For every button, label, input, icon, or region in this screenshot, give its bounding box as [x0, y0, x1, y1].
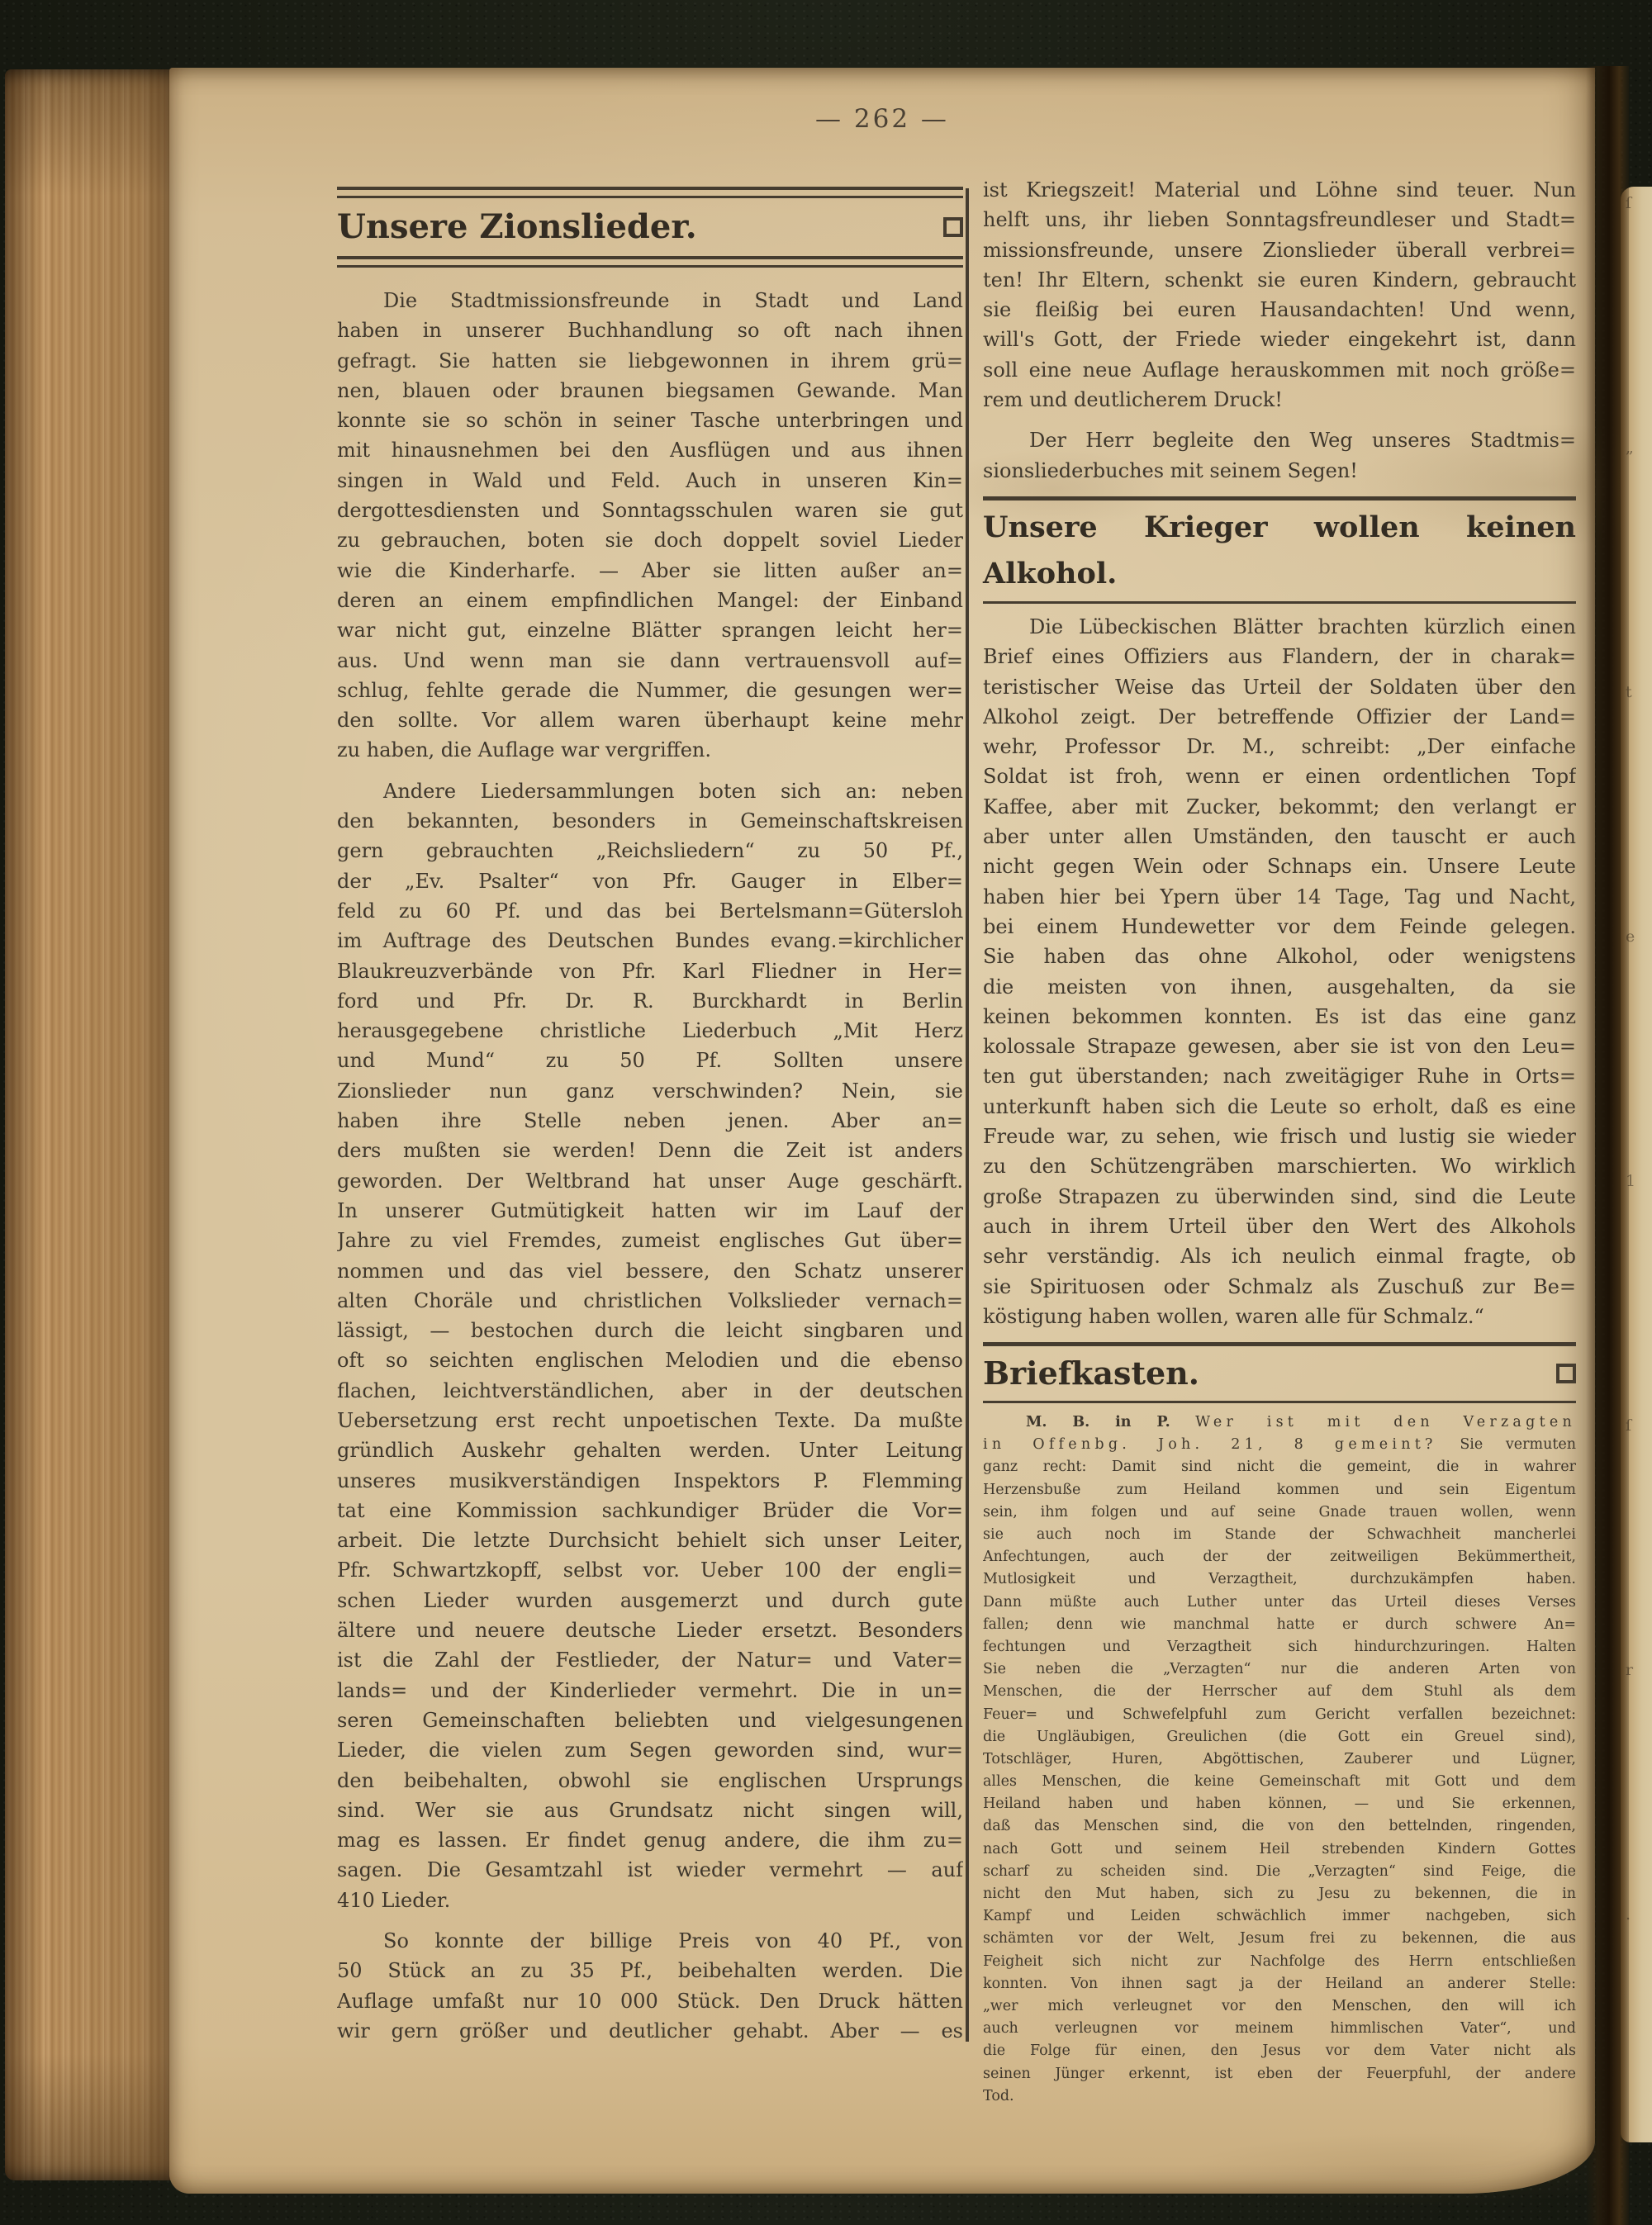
- text-line: die meisten von ihnen, ausgehalten, da s…: [983, 972, 1576, 1002]
- heading-rule: [337, 265, 963, 268]
- section-end-square-icon: [943, 217, 963, 237]
- text-line: gern gebrauchten „Reichsliedern“ zu 50 P…: [337, 836, 963, 866]
- text-line: oft so seichten englischen Melodien und …: [337, 1345, 963, 1375]
- right-column: ist Kriegszeit! Material und Löhne sind …: [983, 175, 1576, 2118]
- text-line: sagen. Die Gesamtzahl ist wieder vermehr…: [337, 1855, 963, 1885]
- text-line: Die Stadtmissionsfreunde in Stadt und La…: [337, 286, 963, 315]
- text-line: schämten vor der Welt, Jesum frei zu bek…: [983, 1928, 1576, 1950]
- article-title: Unsere Krieger wollen keinen Alkohol.: [983, 505, 1576, 597]
- book-scan-photo: — 262 — Unsere Zionslieder. Die Stadtmis…: [0, 0, 1652, 2225]
- paragraph: So konnte der billige Preis von 40 Pf., …: [337, 1926, 963, 2046]
- text-line: sehr verständig. Als ich neulich einmal …: [983, 1241, 1576, 1271]
- text-line: sie auch noch im Stande der Schwachheit …: [983, 1524, 1576, 1546]
- text-line: „wer mich verleugnet vor den Menschen, d…: [983, 1995, 1576, 2018]
- book-gutter-shadow: [1586, 66, 1629, 2225]
- left-column: Unsere Zionslieder. Die Stadtmissionsfre…: [337, 187, 963, 2057]
- text-line: Pfr. Schwartzkopff, selbst vor. Ueber 10…: [337, 1555, 963, 1585]
- text-line: fechtungen und Verzagtheit sich hindurch…: [983, 1636, 1576, 1658]
- text-line: scharf zu scheiden sind. Die „Verzagten“…: [983, 1861, 1576, 1883]
- text-line: 50 Stück an zu 35 Pf., beibehalten werde…: [337, 1956, 963, 1985]
- text-line: Sie neben die „Verzagten“ nur die andere…: [983, 1658, 1576, 1681]
- text-line: sind. Wer sie aus Grundsatz nicht singen…: [337, 1796, 963, 1825]
- text-line: haben hier bei Ypern über 14 Tage, Tag u…: [983, 882, 1576, 912]
- heading-rule: [337, 256, 963, 259]
- text-line: wie die Kinderharfe. — Aber sie litten a…: [337, 556, 963, 586]
- text-line: 410 Lieder.: [337, 1886, 963, 1915]
- text-line: sie fleißig bei euren Hausandachten! Und…: [983, 295, 1576, 325]
- text-line: Sie haben das ohne Alkohol, oder wenigst…: [983, 942, 1576, 971]
- briefkasten-text: M. B. in P. Wer ist mit den Verzagten in…: [983, 1411, 1576, 2108]
- text-line: aus. Und wenn man sie dann vertrauensvol…: [337, 646, 963, 676]
- text-line: Andere Liedersammlungen boten sich an: n…: [337, 776, 963, 806]
- text-line: die Folge für einen, den Jesus vor dem V…: [983, 2040, 1576, 2062]
- text-line: Tod.: [983, 2085, 1576, 2108]
- text-line: die Ungläubigen, Greulichen (die Gott ei…: [983, 1726, 1576, 1748]
- text-line: unseres musikverständigen Inspektors P. …: [337, 1466, 963, 1496]
- text-line: den beibehalten, obwohl sie englischen U…: [337, 1766, 963, 1796]
- text-line: Alkohol zeigt. Der betreffende Offizier …: [983, 702, 1576, 732]
- text-line: tat eine Kommission sachkundiger Brüder …: [337, 1496, 963, 1525]
- text-line: Die Lübeckischen Blätter brachten kürzli…: [983, 612, 1576, 642]
- text-line: deren an einem empfindlichen Mangel: der…: [337, 586, 963, 615]
- text-line: gründlich Auskehr gehalten werden. Unter…: [337, 1435, 963, 1465]
- text-line: mit hinausnehmen bei den Ausflügen und a…: [337, 435, 963, 465]
- text-line: Anfechtungen, auch der der zeitweiligen …: [983, 1546, 1576, 1568]
- text-line: lands= und der Kinderlieder vermehrt. Di…: [337, 1676, 963, 1706]
- heading-rule: [983, 1401, 1576, 1403]
- text-line: schen Lieder wurden ausgemerzt und durch…: [337, 1586, 963, 1615]
- text-line: haben in unserer Buchhandlung so oft nac…: [337, 315, 963, 345]
- text-line: nicht gegen Wein oder Schnaps ein. Unser…: [983, 852, 1576, 881]
- text-line: der „Ev. Psalter“ von Pfr. Gauger in Elb…: [337, 866, 963, 896]
- heading-rule: [983, 601, 1576, 604]
- text-line: und Mund“ zu 50 Pf. Sollten unsere: [337, 1046, 963, 1075]
- text-line: flachen, leichtverständlichen, aber in d…: [337, 1376, 963, 1406]
- text-line: lässigt, — bestochen durch die leicht si…: [337, 1316, 963, 1345]
- text-line: sie Spirituosen oder Schmalz als Zuschuß…: [983, 1272, 1576, 1302]
- text-line: ist die Zahl der Festlieder, der Natur= …: [337, 1645, 963, 1675]
- text-line: keinen bekommen konnten. Es ist das eine…: [983, 1002, 1576, 1032]
- briefkasten-question: Wer ist mit den Verzagten: [1195, 1414, 1576, 1430]
- text-line: Feuer= und Schwefelpfuhl zum Gericht ver…: [983, 1704, 1576, 1726]
- text-line: arbeit. Die letzte Durchsicht behielt si…: [337, 1525, 963, 1555]
- text-line: ford und Pfr. Dr. R. Burckhardt in Berli…: [337, 986, 963, 1016]
- text-line: Blaukreuzverbände von Pfr. Karl Fliedner…: [337, 956, 963, 986]
- section-end-square-icon: [1556, 1364, 1576, 1383]
- heading-rule: [337, 187, 963, 190]
- article-header-zionslieder: Unsere Zionslieder.: [337, 187, 963, 268]
- text-line: soll eine neue Auflage herauskommen mit …: [983, 355, 1576, 385]
- article-title: Unsere Zionslieder.: [337, 202, 697, 252]
- text-line: ders mußten sie werden! Denn die Zeit is…: [337, 1136, 963, 1165]
- text-line: Lieder, die vielen zum Segen geworden si…: [337, 1735, 963, 1765]
- text-line: will's Gott, der Friede wieder eingekehr…: [983, 325, 1576, 354]
- text-line: konnten. Von ihnen sagt ja der Heiland a…: [983, 1973, 1576, 1995]
- text-line: Totschläger, Huren, Abgöttischen, Zauber…: [983, 1748, 1576, 1771]
- text-line: seinen Jünger erkennt, ist eben der Feue…: [983, 2063, 1576, 2085]
- text-line: wehr, Professor Dr. M., schreibt: „Der e…: [983, 732, 1576, 761]
- text-line: Zionslieder nun ganz verschwinden? Nein,…: [337, 1076, 963, 1106]
- text-line: aber unter allen Umständen, den tauscht …: [983, 822, 1576, 852]
- text-line: im Auftrage des Deutschen Bundes evang.=…: [337, 926, 963, 956]
- text-line: daß das Menschen sind, die von den bette…: [983, 1815, 1576, 1838]
- text-line: nicht den Mut haben, sich zu Jesu zu bek…: [983, 1883, 1576, 1905]
- text-line: Kaffee, aber mit Zucker, bekommt; den ve…: [983, 792, 1576, 822]
- text-line: So konnte der billige Preis von 40 Pf., …: [337, 1926, 963, 1956]
- text-line: bei einem Hundewetter vor dem Feinde gel…: [983, 912, 1576, 942]
- text-line: auch verleugnen vor meinem himmlischen V…: [983, 2018, 1576, 2040]
- text-line: den sollte. Vor allem waren überhaupt ke…: [337, 705, 963, 735]
- text-line: sein, ihm folgen und auf seine Gnade tra…: [983, 1502, 1576, 1524]
- text-line: Soldat ist froh, wenn er einen ordentlic…: [983, 761, 1576, 791]
- text-line: dergottesdiensten und Sonntagsschulen wa…: [337, 496, 963, 525]
- text-line: Kampf und Leiden schwächlich immer nachg…: [983, 1905, 1576, 1928]
- article-header-briefkasten: Briefkasten.: [983, 1342, 1576, 1403]
- text-line: in Offenbg. Joh. 21, 8 gemeint? Sie verm…: [983, 1434, 1576, 1456]
- article-header-krieger: Unsere Krieger wollen keinen Alkohol.: [983, 496, 1576, 604]
- text-line: seren Gemeinschaften beliebten und vielg…: [337, 1706, 963, 1735]
- text-line: kolossale Strapaze gewesen, aber sie ist…: [983, 1032, 1576, 1061]
- text-line: nen, blauen oder braunen biegsamen Gewan…: [337, 376, 963, 406]
- text-line: Jahre zu viel Fremdes, zumeist englische…: [337, 1226, 963, 1255]
- text-line: mag es lassen. Er findet genug andere, d…: [337, 1825, 963, 1855]
- paragraph-continuation: ist Kriegszeit! Material und Löhne sind …: [983, 175, 1576, 415]
- text-line: den bekannten, besonders in Gemeinschaft…: [337, 806, 963, 836]
- text-line: nommen und das viel bessere, den Schatz …: [337, 1256, 963, 1286]
- text-line: alles Menschen, die keine Gemeinschaft m…: [983, 1771, 1576, 1793]
- text-line: ten! Ihr Eltern, schenkt sie euren Kinde…: [983, 265, 1576, 295]
- text-line: Brief eines Offiziers aus Flandern, der …: [983, 642, 1576, 671]
- text-line: helft uns, ihr lieben Sonntagsfreundlese…: [983, 205, 1576, 235]
- text-line: ist Kriegszeit! Material und Löhne sind …: [983, 175, 1576, 205]
- text-line: zu gebrauchen, boten sie doch doppelt so…: [337, 525, 963, 555]
- text-line: konnte sie so schön in seiner Tasche unt…: [337, 406, 963, 435]
- paragraph: Der Herr begleite den Weg unseres Stadtm…: [983, 425, 1576, 486]
- text-line: ganz recht: Damit sind nicht die gemeint…: [983, 1456, 1576, 1478]
- text-line: feld zu 60 Pf. und das bei Bertelsmann=G…: [337, 896, 963, 926]
- text-line: Uebersetzung erst recht unpoetischen Tex…: [337, 1406, 963, 1435]
- text-line: missionsfreunde, unsere Zionslieder über…: [983, 235, 1576, 265]
- text-line: Mutlosigkeit und Verzagtheit, durchzukäm…: [983, 1568, 1576, 1591]
- column-divider-rule: [966, 188, 969, 2042]
- paragraph: Die Lübeckischen Blätter brachten kürzli…: [983, 612, 1576, 1331]
- text-line: Auflage umfaßt nur 10 000 Stück. Den Dru…: [337, 1986, 963, 2016]
- text-line: M. B. in P. Wer ist mit den Verzagten: [983, 1411, 1576, 1434]
- text-line: singen in Wald und Feld. Auch in unseren…: [337, 466, 963, 496]
- text-line: Der Herr begleite den Weg unseres Stadtm…: [983, 425, 1576, 455]
- text-line: herausgegebene christliche Liederbuch „M…: [337, 1016, 963, 1046]
- text-line: sionsliederbuches mit seinem Segen!: [983, 456, 1576, 486]
- briefkasten-question: in Offenbg. Joh. 21, 8 gemeint?: [983, 1436, 1437, 1453]
- briefkasten-body: ganz recht: Damit sind nicht die gemeint…: [983, 1456, 1576, 2107]
- text-line: ten gut überstanden; nach zweitägiger Ru…: [983, 1061, 1576, 1091]
- text-line: schlug, fehlte gerade die Nummer, die ge…: [337, 676, 963, 705]
- text-line: Menschen, die der Herrscher auf dem Stuh…: [983, 1681, 1576, 1703]
- paragraph: Die Stadtmissionsfreunde in Stadt und La…: [337, 286, 963, 766]
- heading-rule: [337, 196, 963, 198]
- text-line: gefragt. Sie hatten sie liebgewonnen in …: [337, 346, 963, 376]
- text-line: unterkunft haben sich die Leute so erhol…: [983, 1092, 1576, 1122]
- text-line: rem und deutlicherem Druck!: [983, 385, 1576, 415]
- page-edge-stack: [5, 69, 172, 2180]
- text-line: In unserer Gutmütigkeit hatten wir im La…: [337, 1196, 963, 1226]
- text-line: zu den Schützengräben marschierten. Wo w…: [983, 1151, 1576, 1181]
- text-line: zu haben, die Auflage war vergriffen.: [337, 735, 963, 765]
- text-line: Heiland haben und haben können, — und Si…: [983, 1793, 1576, 1815]
- heading-rule: [983, 496, 1576, 501]
- briefkasten-addressee: M. B. in P.: [1026, 1414, 1170, 1430]
- text-line: auch in ihrem Urteil über den Wert des A…: [983, 1212, 1576, 1241]
- text-line: haben ihre Stelle neben jenen. Aber an=: [337, 1106, 963, 1136]
- text-line: Freude war, zu sehen, wie frisch und lus…: [983, 1122, 1576, 1151]
- text-line: große Strapazen zu überwinden sind, sind…: [983, 1182, 1576, 1212]
- page-number: — 262 —: [169, 104, 1595, 134]
- text-line: geworden. Der Weltbrand hat unser Auge g…: [337, 1166, 963, 1196]
- text-line: Dann müßte auch Luther unter das Urteil …: [983, 1592, 1576, 1614]
- text-line: war nicht gut, einzelne Blätter sprangen…: [337, 615, 963, 645]
- briefkasten-answer-start: Sie vermuten: [1460, 1436, 1576, 1453]
- text-line: fallen; denn wie manchmal hatte er durch…: [983, 1614, 1576, 1636]
- text-line: Feigheit sich nicht zur Nachfolge des He…: [983, 1951, 1576, 1973]
- text-line: ältere und neuere deutsche Lieder ersetz…: [337, 1615, 963, 1645]
- text-line: alten Choräle und christlichen Volkslied…: [337, 1286, 963, 1316]
- paragraph: Andere Liedersammlungen boten sich an: n…: [337, 776, 963, 1915]
- text-line: Herzensbuße zum Heiland kommen und sein …: [983, 1479, 1576, 1502]
- text-line: köstigung haben wollen, waren alle für S…: [983, 1302, 1576, 1331]
- text-line: wir gern größer und deutlicher gehabt. A…: [337, 2016, 963, 2046]
- text-line: teristischer Weise das Urteil der Soldat…: [983, 672, 1576, 702]
- heading-rule: [983, 1342, 1576, 1346]
- text-line: nach Gott und seinem Heil strebenden Kin…: [983, 1838, 1576, 1861]
- article-title: Briefkasten.: [983, 1350, 1199, 1397]
